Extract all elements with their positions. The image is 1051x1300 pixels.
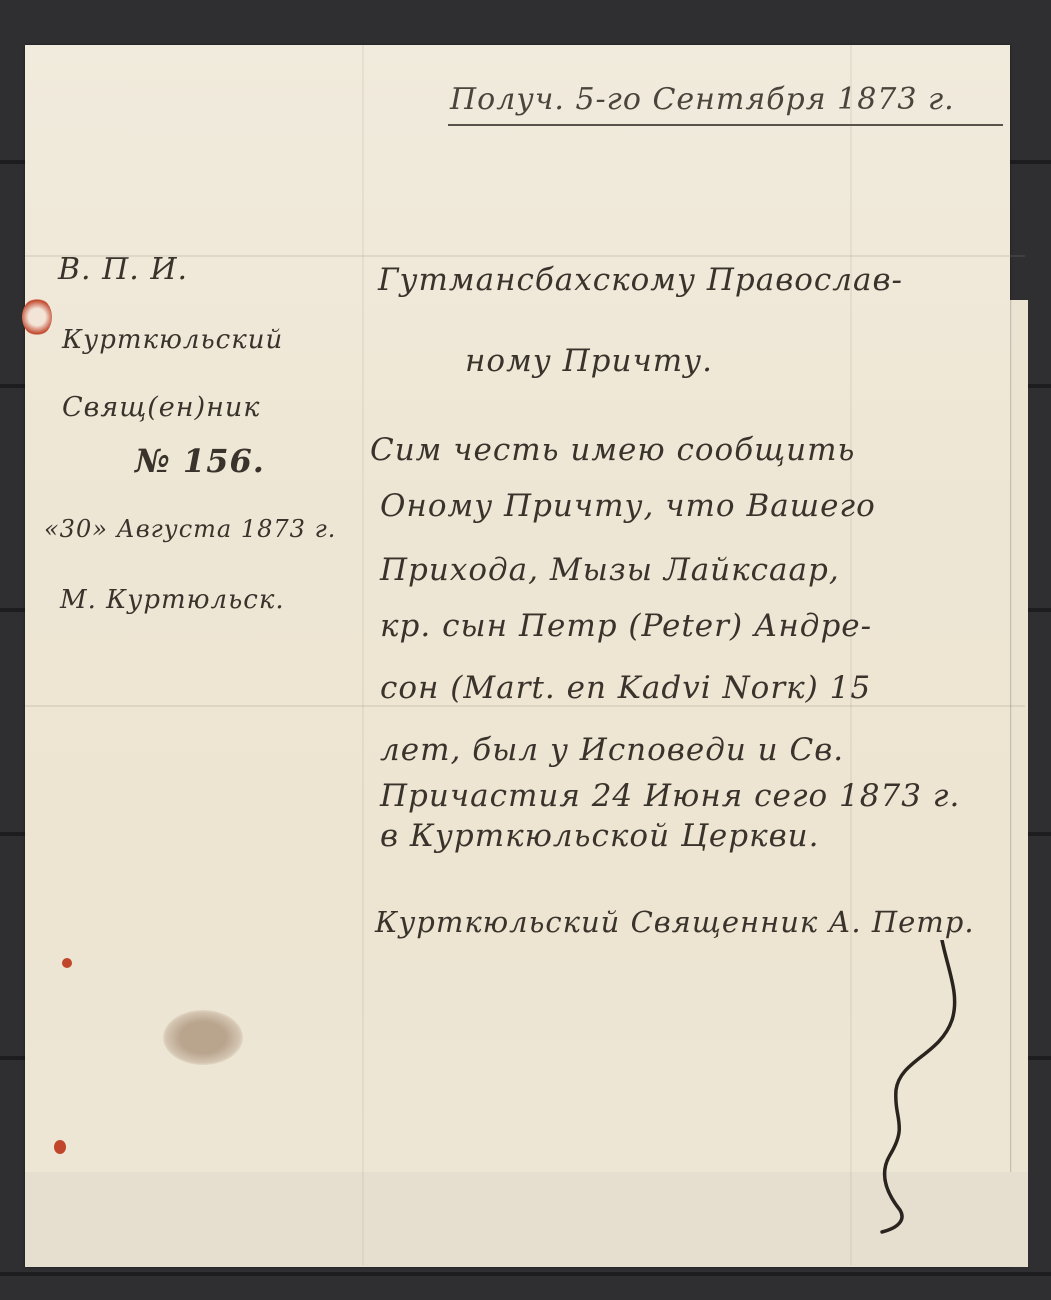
addressee-line: ному Причту. — [465, 343, 713, 379]
received-date-note: Получ. 5-го Сентября 1873 г. — [450, 82, 955, 117]
addressee-line: Гутмансбахскому Православ- — [378, 262, 903, 298]
margin-date: «30» Августа 1873 г. — [44, 515, 336, 543]
red-wax-remnant — [22, 298, 52, 336]
body-line: кр. сын Петр (Peter) Андре- — [380, 608, 872, 644]
body-line: Прихода, Мызы Лайксаар, — [380, 552, 840, 588]
body-line: сон (Mart. en Kadvi Norк) 15 — [380, 670, 871, 706]
margin-initials: В. П. И. — [58, 252, 188, 287]
body-line: в Курткюльской Церкви. — [380, 818, 820, 854]
margin-title: Свящ(ен)ник — [62, 392, 260, 423]
margin-parish: Курткюльский — [62, 325, 283, 355]
margin-place: М. Куртюльск. — [60, 585, 285, 615]
signature-flourish-icon — [860, 940, 970, 1240]
fold-crease — [362, 45, 364, 1265]
fold-crease — [850, 45, 852, 1265]
body-line: Сим честь имею сообщить — [370, 432, 855, 468]
brown-stain — [163, 1010, 243, 1065]
album-strip — [0, 1272, 1051, 1276]
body-line: лет, был у Исповеди и Св. — [380, 732, 844, 768]
margin-number: № 156. — [135, 442, 265, 480]
red-wax-dot — [62, 958, 72, 968]
body-line: Оному Причту, что Вашего — [380, 488, 876, 524]
red-wax-dot — [54, 1140, 66, 1154]
underline — [448, 124, 1003, 126]
signature: Курткюльский Священник А. Петр. — [375, 905, 975, 939]
body-line: Причастия 24 Июня сего 1873 г. — [380, 778, 960, 814]
